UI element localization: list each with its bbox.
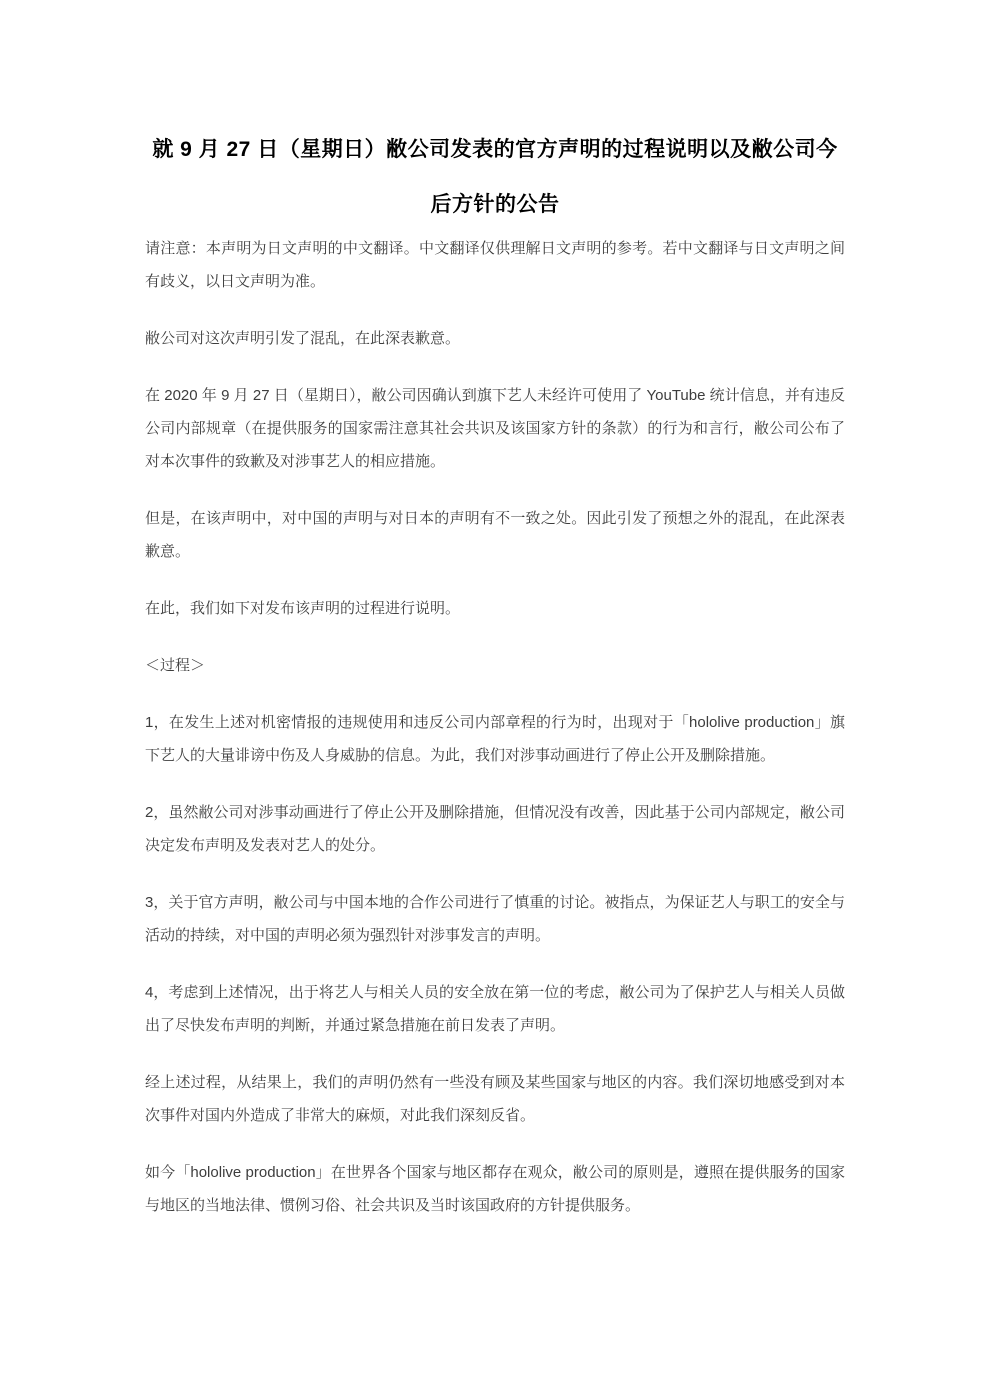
paragraph: 在此，我们如下对发布该声明的过程进行说明。 [145, 592, 845, 625]
paragraph: 请注意：本声明为日文声明的中文翻译。中文翻译仅供理解日文声明的参考。若中文翻译与… [145, 232, 845, 298]
paragraph: 1，在发生上述对机密情报的违规使用和违反公司内部章程的行为时，出现对于「holo… [145, 706, 845, 772]
document-title: 就 9 月 27 日（星期日）敝公司发表的官方声明的过程说明以及敝公司今后方针的… [145, 122, 845, 232]
paragraph: ＜过程＞ [145, 649, 845, 682]
paragraph: 2，虽然敝公司对涉事动画进行了停止公开及删除措施，但情况没有改善，因此基于公司内… [145, 796, 845, 862]
paragraph: 敝公司对这次声明引发了混乱，在此深表歉意。 [145, 322, 845, 355]
paragraph: 如今「hololive production」在世界各个国家与地区都存在观众，敝… [145, 1156, 845, 1222]
paragraph: 但是，在该声明中，对中国的声明与对日本的声明有不一致之处。因此引发了预想之外的混… [145, 502, 845, 568]
paragraph: 在 2020 年 9 月 27 日（星期日），敝公司因确认到旗下艺人未经许可使用… [145, 379, 845, 478]
paragraph: 4，考虑到上述情况，出于将艺人与相关人员的安全放在第一位的考虑，敝公司为了保护艺… [145, 976, 845, 1042]
paragraph: 3，关于官方声明，敝公司与中国本地的合作公司进行了慎重的讨论。被指点，为保证艺人… [145, 886, 845, 952]
paragraph-list: 请注意：本声明为日文声明的中文翻译。中文翻译仅供理解日文声明的参考。若中文翻译与… [145, 232, 845, 1222]
paragraph: 经上述过程，从结果上，我们的声明仍然有一些没有顾及某些国家与地区的内容。我们深切… [145, 1066, 845, 1132]
document-page: 就 9 月 27 日（星期日）敝公司发表的官方声明的过程说明以及敝公司今后方针的… [0, 0, 990, 1399]
document-content: 就 9 月 27 日（星期日）敝公司发表的官方声明的过程说明以及敝公司今后方针的… [145, 0, 845, 1222]
